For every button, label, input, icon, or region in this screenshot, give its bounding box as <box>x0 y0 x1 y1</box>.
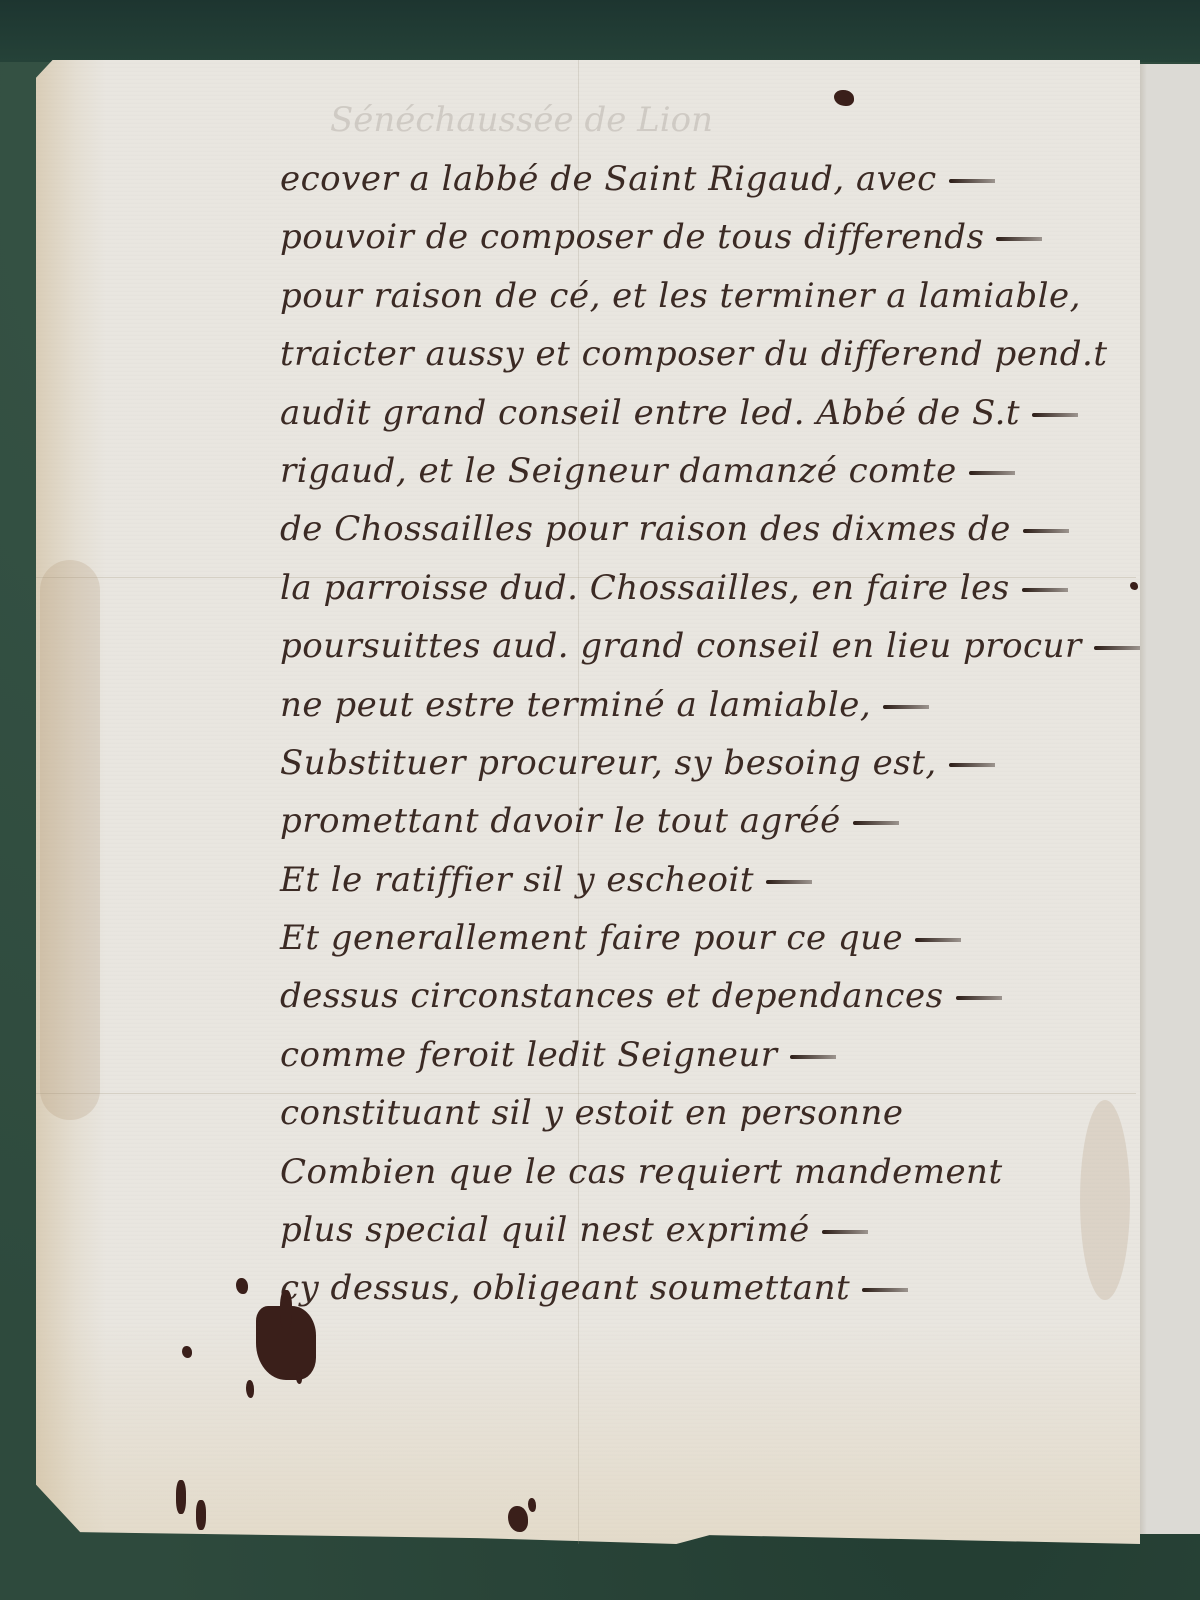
line-filler-stroke <box>822 1230 868 1234</box>
line-filler-stroke <box>862 1288 908 1292</box>
text-line: la parroisse dud. Chossailles, en faire … <box>280 559 1100 617</box>
text-line: comme feroit ledit Seigneur <box>280 1026 1100 1084</box>
line-filler-stroke <box>996 237 1042 241</box>
ink-blot <box>176 1480 186 1514</box>
text-line: constituant sil y estoit en personne <box>280 1084 1100 1142</box>
text-line: Et le ratiffier sil y escheoit <box>280 851 1100 909</box>
line-filler-stroke <box>915 938 961 942</box>
ink-blot <box>508 1506 528 1532</box>
ink-blot <box>296 1372 302 1384</box>
ink-blot <box>280 1290 292 1330</box>
adjacent-page-edge <box>1136 64 1200 1534</box>
line-filler-stroke <box>883 705 929 709</box>
line-filler-stroke <box>969 471 1015 475</box>
ink-blot <box>1130 582 1138 590</box>
text-line: traicter aussy et composer du differend … <box>280 325 1100 383</box>
text-line: poursuittes aud. grand conseil en lieu p… <box>280 617 1100 675</box>
ink-blot <box>528 1498 536 1512</box>
line-filler-stroke <box>853 821 899 825</box>
text-line: promettant davoir le tout agréé <box>280 792 1100 850</box>
background-top <box>0 0 1200 62</box>
text-line: plus special quil nest exprimé <box>280 1201 1100 1259</box>
text-line: ecover a labbé de Saint Rigaud, avec <box>280 150 1100 208</box>
line-filler-stroke <box>1094 646 1140 650</box>
text-line: pour raison de cé, et les terminer a lam… <box>280 267 1100 325</box>
text-line: Combien que le cas requiert mandement <box>280 1143 1100 1201</box>
line-filler-stroke <box>1022 588 1068 592</box>
line-filler-stroke <box>1032 413 1078 417</box>
text-line: cy dessus, obligeant soumettant <box>280 1259 1100 1317</box>
line-filler-stroke <box>1023 529 1069 533</box>
edge-stain <box>40 560 100 1120</box>
ink-blot <box>196 1500 206 1530</box>
text-line: pouvoir de composer de tous differends <box>280 208 1100 266</box>
text-line: Substituer procureur, sy besoing est, <box>280 734 1100 792</box>
line-filler-stroke <box>956 996 1002 1000</box>
line-filler-stroke <box>766 880 812 884</box>
text-line: de Chossailles pour raison des dixmes de <box>280 500 1100 558</box>
text-line: ne peut estre terminé a lamiable, <box>280 676 1100 734</box>
line-filler-stroke <box>949 179 995 183</box>
ink-blot <box>182 1346 192 1358</box>
line-filler-stroke <box>949 763 995 767</box>
ink-blot <box>236 1278 248 1294</box>
text-line: dessus circonstances et dependances <box>280 967 1100 1025</box>
text-line: audit grand conseil entre led. Abbé de S… <box>280 384 1100 442</box>
text-line: Et generallement faire pour ce que <box>280 909 1100 967</box>
manuscript-text: ecover a labbé de Saint Rigaud, avec pou… <box>280 150 1100 1318</box>
bleed-through-text: Sénéchaussée de Lion <box>330 100 713 140</box>
ink-blot <box>246 1380 254 1398</box>
ink-blot <box>834 90 854 106</box>
line-filler-stroke <box>790 1055 836 1059</box>
text-line: rigaud, et le Seigneur damanzé comte <box>280 442 1100 500</box>
